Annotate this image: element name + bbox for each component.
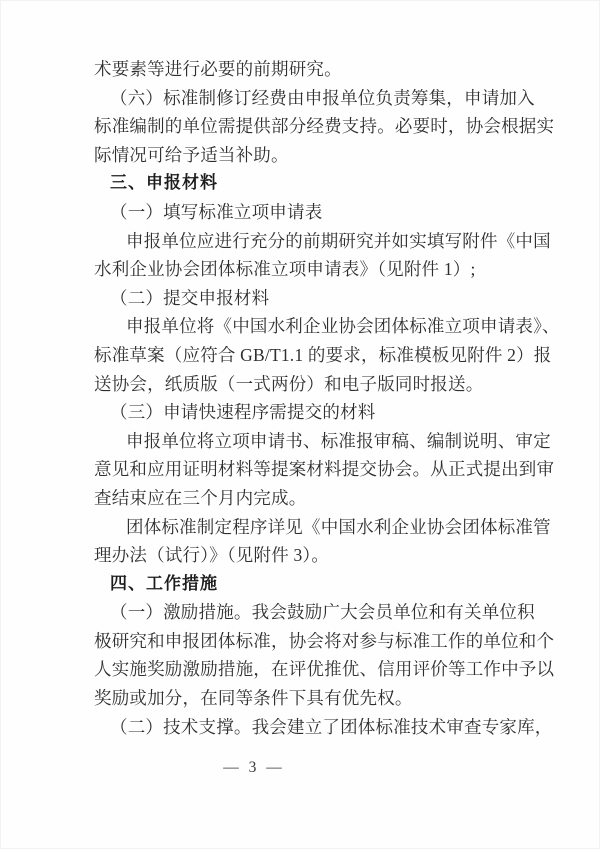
text-line: 奖励或加分，在同等条件下具有优先权。 (94, 684, 554, 713)
text-line: 极研究和申报团体标准，协会将对参与标准工作的单位和个 (94, 627, 554, 656)
text-line: 际情况可给予适当补助。 (94, 141, 554, 170)
text-line: 意见和应用证明材料等提案材料提交协会。从正式提出到审 (94, 455, 554, 484)
text-line: （六）标准制修订经费由申报单位负责筹集，申请加入 (94, 84, 554, 113)
text-line: （一）填写标准立项申请表 (94, 198, 554, 227)
text-line: （三）申请快速程序需提交的材料 (94, 398, 554, 427)
scanned-document-page: 术要素等进行必要的前期研究。（六）标准制修订经费由申报单位负责筹集，申请加入标准… (0, 0, 600, 849)
text-line: 申报单位将《中国水利企业协会团体标准立项申请表》、 (94, 312, 554, 341)
page-number: — 3 — (196, 759, 312, 777)
text-line: （一）激励措施。我会鼓励广大会员单位和有关单位积 (94, 598, 554, 627)
text-line: 查结束应在三个月内完成。 (94, 484, 554, 513)
text-line: 团体标准制定程序详见《中国水利企业协会团体标准管 (94, 513, 554, 542)
text-line: （二）提交申报材料 (94, 284, 554, 313)
section-heading: 四、工作措施 (94, 570, 554, 599)
text-line: 水利企业协会团体标准立项申请表》（见附件 1）; (94, 255, 554, 284)
text-line: （二）技术支撑。我会建立了团体标准技术审查专家库， (94, 713, 554, 742)
section-heading: 三、申报材料 (94, 169, 554, 198)
document-body: 术要素等进行必要的前期研究。（六）标准制修订经费由申报单位负责筹集，申请加入标准… (94, 55, 554, 741)
text-line: 理办法（试行）》（见附件 3）。 (94, 541, 554, 570)
text-line: 术要素等进行必要的前期研究。 (94, 55, 554, 84)
text-line: 申报单位应进行充分的前期研究并如实填写附件《中国 (94, 227, 554, 256)
text-line: 申报单位将立项申请书、标准报审稿、编制说明、审定 (94, 427, 554, 456)
text-line: 标准草案（应符合 GB/T1.1 的要求，标准模板见附件 2）报 (94, 341, 554, 370)
text-line: 送协会，纸质版（一式两份）和电子版同时报送。 (94, 370, 554, 399)
text-line: 标准编制的单位需提供部分经费支持。必要时，协会根据实 (94, 112, 554, 141)
text-line: 人实施奖励激励措施，在评优推优、信用评价等工作中予以 (94, 655, 554, 684)
